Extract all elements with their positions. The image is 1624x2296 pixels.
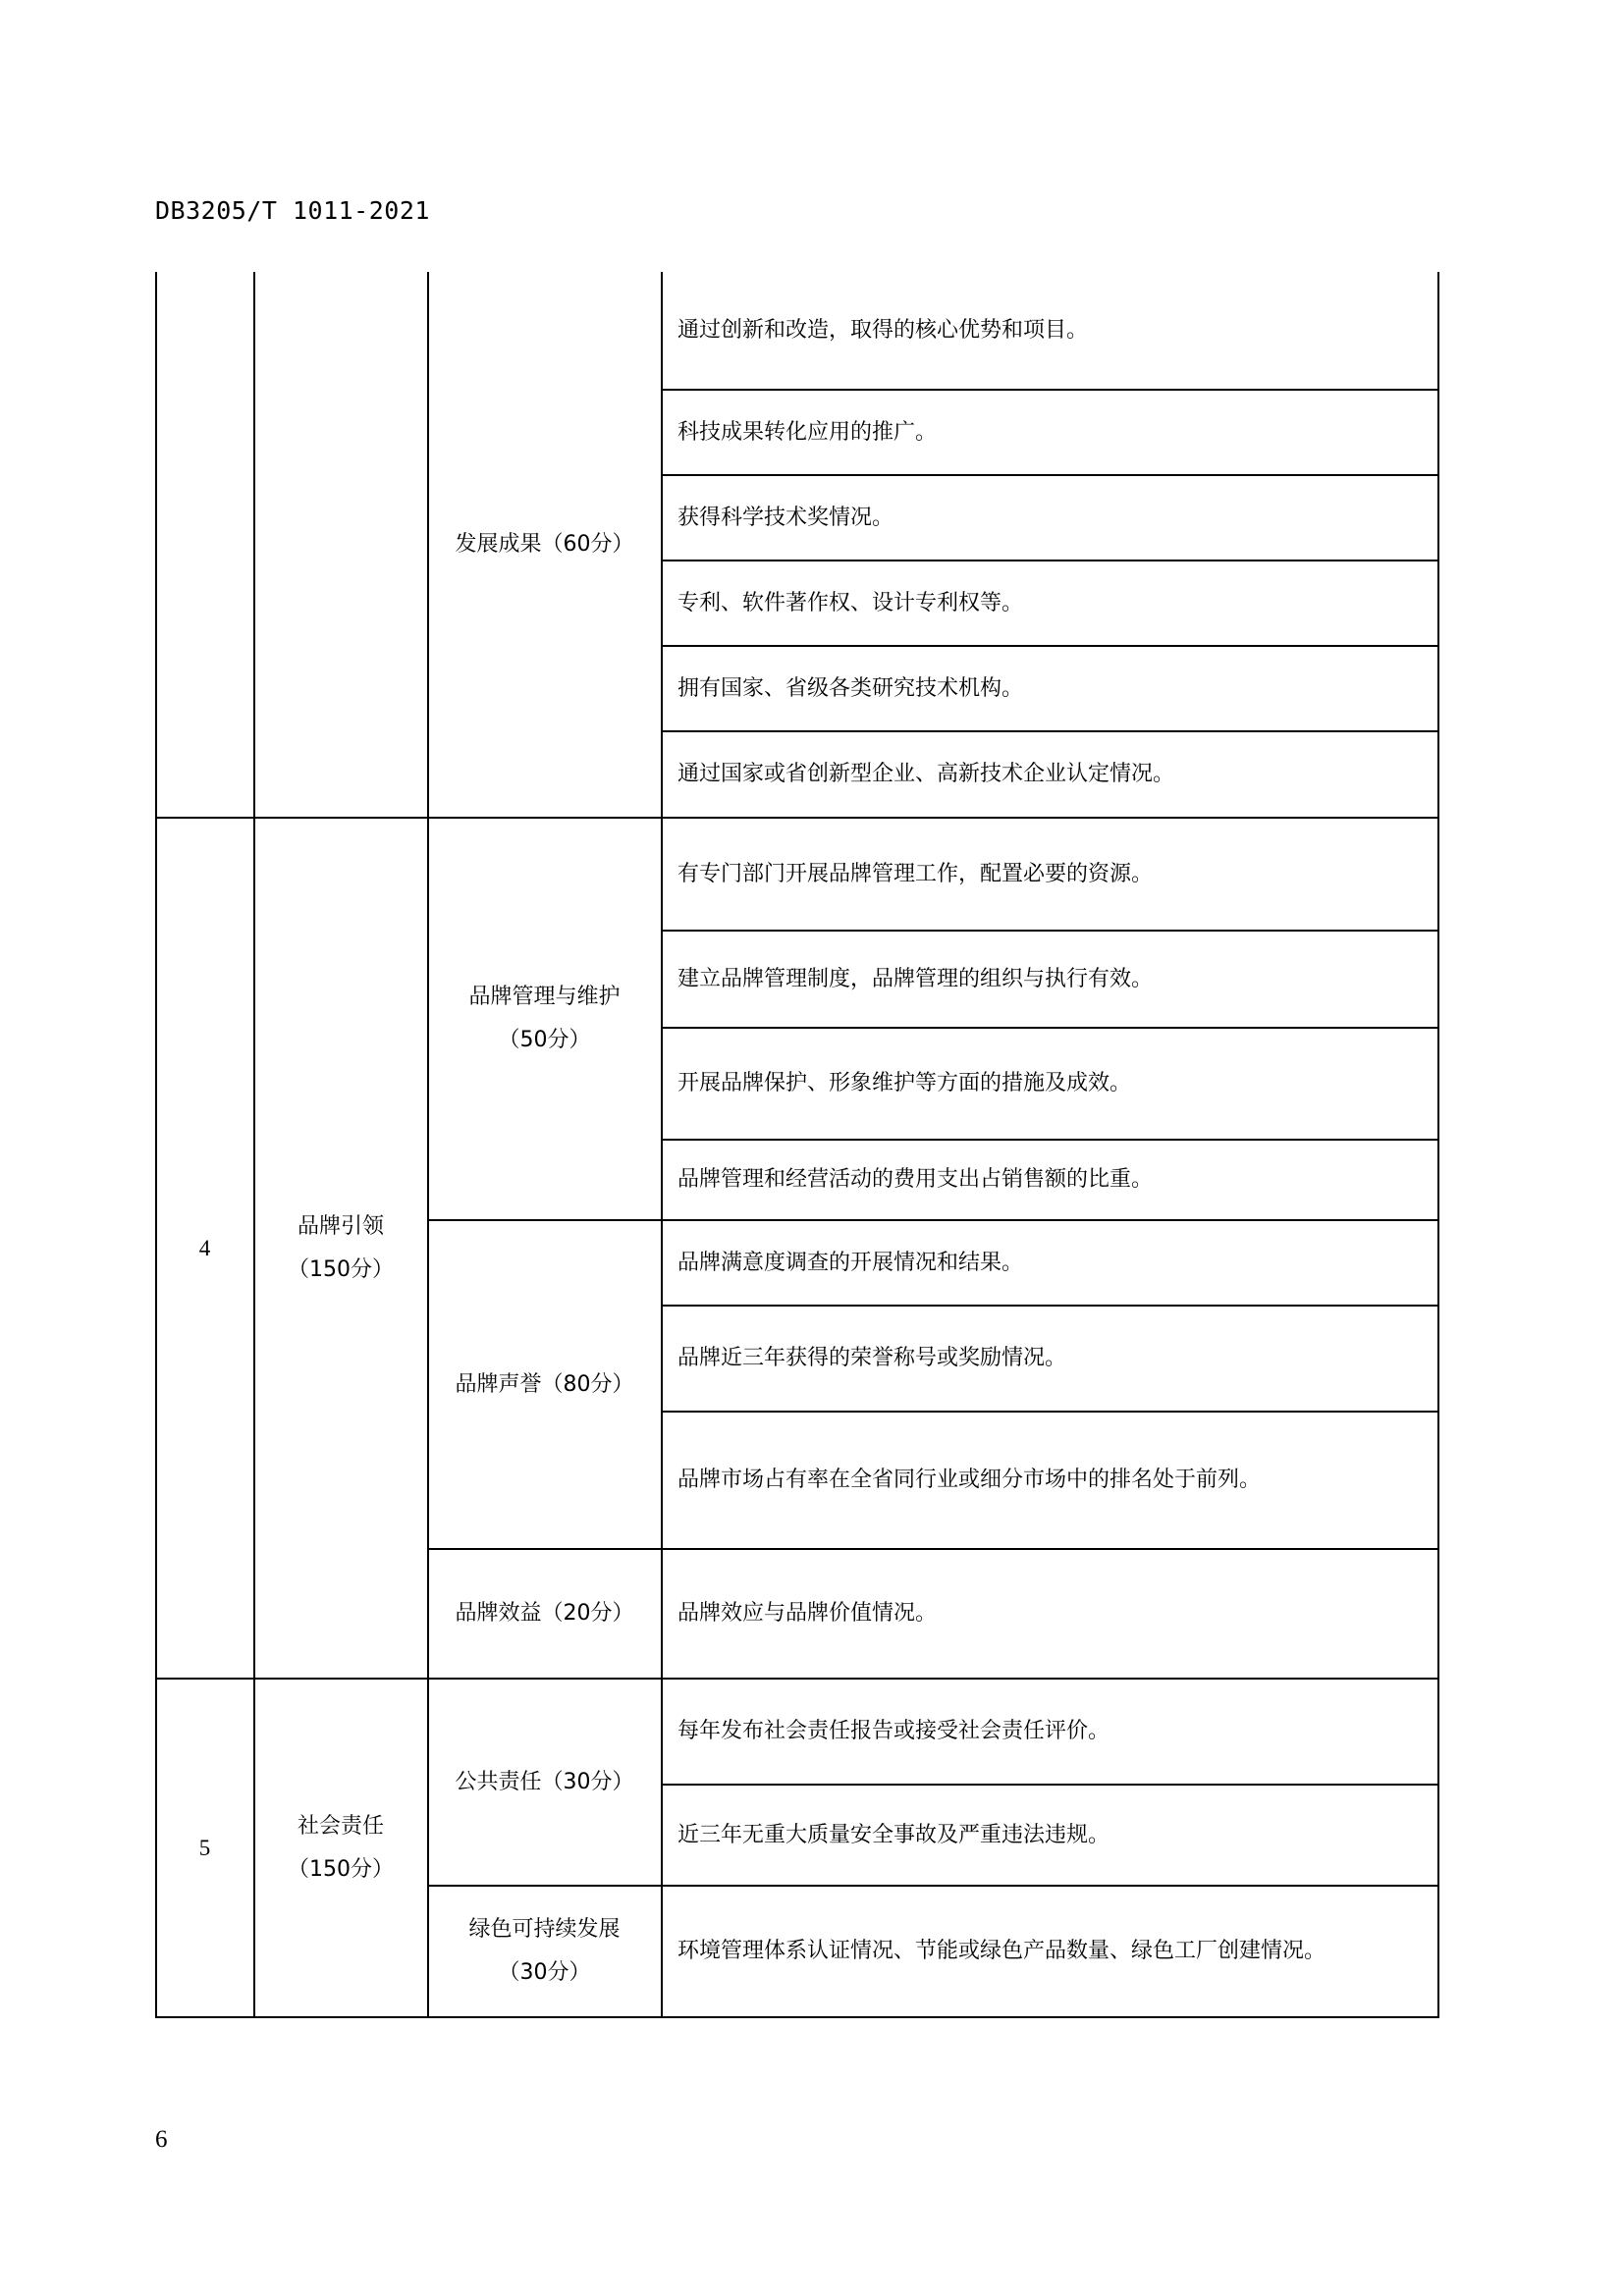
criterion-text: 拥有国家、省级各类研究技术机构。: [677, 667, 1023, 711]
criterion-cell: 开展品牌保护、形象维护等方面的措施及成效。: [662, 1029, 1437, 1139]
subcategory-brand-reputation: 品牌声誉（80分）: [428, 1221, 661, 1548]
index-label: 5: [199, 1827, 211, 1870]
subcategory-development-results: 发展成果（60分）: [428, 272, 661, 817]
criterion-text: 建立品牌管理制度，品牌管理的组织与执行有效。: [677, 958, 1153, 1001]
criterion-cell: 建立品牌管理制度，品牌管理的组织与执行有效。: [662, 932, 1437, 1027]
category-label: 社会责任: [298, 1805, 384, 1848]
subcategory-brand-management: 品牌管理与维护 （50分）: [428, 819, 661, 1219]
table-border-bottom: [155, 2016, 1439, 2018]
section-index: 5: [156, 1680, 253, 2016]
criterion-cell: 品牌满意度调查的开展情况和结果。: [662, 1221, 1437, 1305]
category-label: 品牌引领: [298, 1205, 384, 1249]
criterion-text: 环境管理体系认证情况、节能或绿色产品数量、绿色工厂创建情况。: [677, 1930, 1326, 1973]
criterion-cell: 有专门部门开展品牌管理工作，配置必要的资源。: [662, 819, 1437, 930]
criterion-text: 近三年无重大质量安全事故及严重违法违规。: [677, 1814, 1110, 1857]
page-number: 6: [155, 2126, 168, 2154]
criterion-text: 专利、软件著作权、设计专利权等。: [677, 582, 1023, 625]
criterion-cell: 获得科学技术奖情况。: [662, 476, 1437, 560]
subcategory-label: 品牌管理与维护: [468, 976, 620, 1019]
category-brand-leadership: 品牌引领 （150分）: [254, 819, 427, 1678]
criterion-cell: 拥有国家、省级各类研究技术机构。: [662, 647, 1437, 730]
criterion-text: 科技成果转化应用的推广。: [677, 411, 937, 454]
criterion-text: 开展品牌保护、形象维护等方面的措施及成效。: [677, 1062, 1131, 1105]
subcategory-public-responsibility: 公共责任（30分）: [428, 1680, 661, 1885]
subcategory-label: 绿色可持续发展: [468, 1908, 620, 1951]
subcategory-label: 品牌声誉（80分）: [456, 1363, 634, 1407]
subcategory-green-development: 绿色可持续发展 （30分）: [428, 1887, 661, 2016]
criterion-text: 品牌效应与品牌价值情况。: [677, 1592, 937, 1635]
criterion-text: 品牌满意度调查的开展情况和结果。: [677, 1242, 1023, 1285]
criterion-text: 获得科学技术奖情况。: [677, 497, 893, 540]
criterion-text: 有专门部门开展品牌管理工作，配置必要的资源。: [677, 853, 1153, 896]
table-border-right: [1437, 272, 1439, 2017]
criterion-cell: 通过国家或省创新型企业、高新技术企业认定情况。: [662, 732, 1437, 817]
subcategory-label: 品牌效益（20分）: [456, 1592, 634, 1635]
subcategory-score: （50分）: [499, 1019, 591, 1062]
criterion-cell: 环境管理体系认证情况、节能或绿色产品数量、绿色工厂创建情况。: [662, 1887, 1437, 2016]
standard-code: DB3205/T 1011-2021: [155, 196, 430, 225]
criterion-cell: 品牌市场占有率在全省同行业或细分市场中的排名处于前列。: [662, 1413, 1437, 1548]
criterion-cell: 专利、软件著作权、设计专利权等。: [662, 561, 1437, 645]
category-social-responsibility: 社会责任 （150分）: [254, 1680, 427, 2016]
criterion-text: 品牌市场占有率在全省同行业或细分市场中的排名处于前列。: [677, 1459, 1261, 1502]
criterion-cell: 近三年无重大质量安全事故及严重违法违规。: [662, 1786, 1437, 1885]
criterion-cell: 品牌管理和经营活动的费用支出占销售额的比重。: [662, 1141, 1437, 1219]
criterion-text: 每年发布社会责任报告或接受社会责任评价。: [677, 1710, 1110, 1753]
category-score: （150分）: [288, 1249, 394, 1292]
subcategory-label: 公共责任（30分）: [456, 1761, 634, 1804]
criterion-text: 品牌管理和经营活动的费用支出占销售额的比重。: [677, 1158, 1153, 1201]
criterion-cell: 品牌近三年获得的荣誉称号或奖励情况。: [662, 1307, 1437, 1411]
criterion-text: 通过创新和改造，取得的核心优势和项目。: [677, 309, 1088, 352]
criterion-cell: 每年发布社会责任报告或接受社会责任评价。: [662, 1680, 1437, 1784]
category-score: （150分）: [288, 1848, 394, 1892]
criterion-cell: 科技成果转化应用的推广。: [662, 391, 1437, 474]
criterion-text: 品牌近三年获得的荣誉称号或奖励情况。: [677, 1337, 1066, 1380]
subcategory-score: （30分）: [499, 1951, 591, 1995]
criterion-cell: 品牌效应与品牌价值情况。: [662, 1550, 1437, 1678]
criterion-cell: 通过创新和改造，取得的核心优势和项目。: [662, 272, 1437, 389]
subcategory-brand-benefit: 品牌效益（20分）: [428, 1550, 661, 1678]
subcategory-label: 发展成果（60分）: [456, 523, 634, 566]
section-index: 4: [156, 819, 253, 1678]
criterion-text: 通过国家或省创新型企业、高新技术企业认定情况。: [677, 753, 1174, 796]
index-label: 4: [199, 1227, 211, 1270]
